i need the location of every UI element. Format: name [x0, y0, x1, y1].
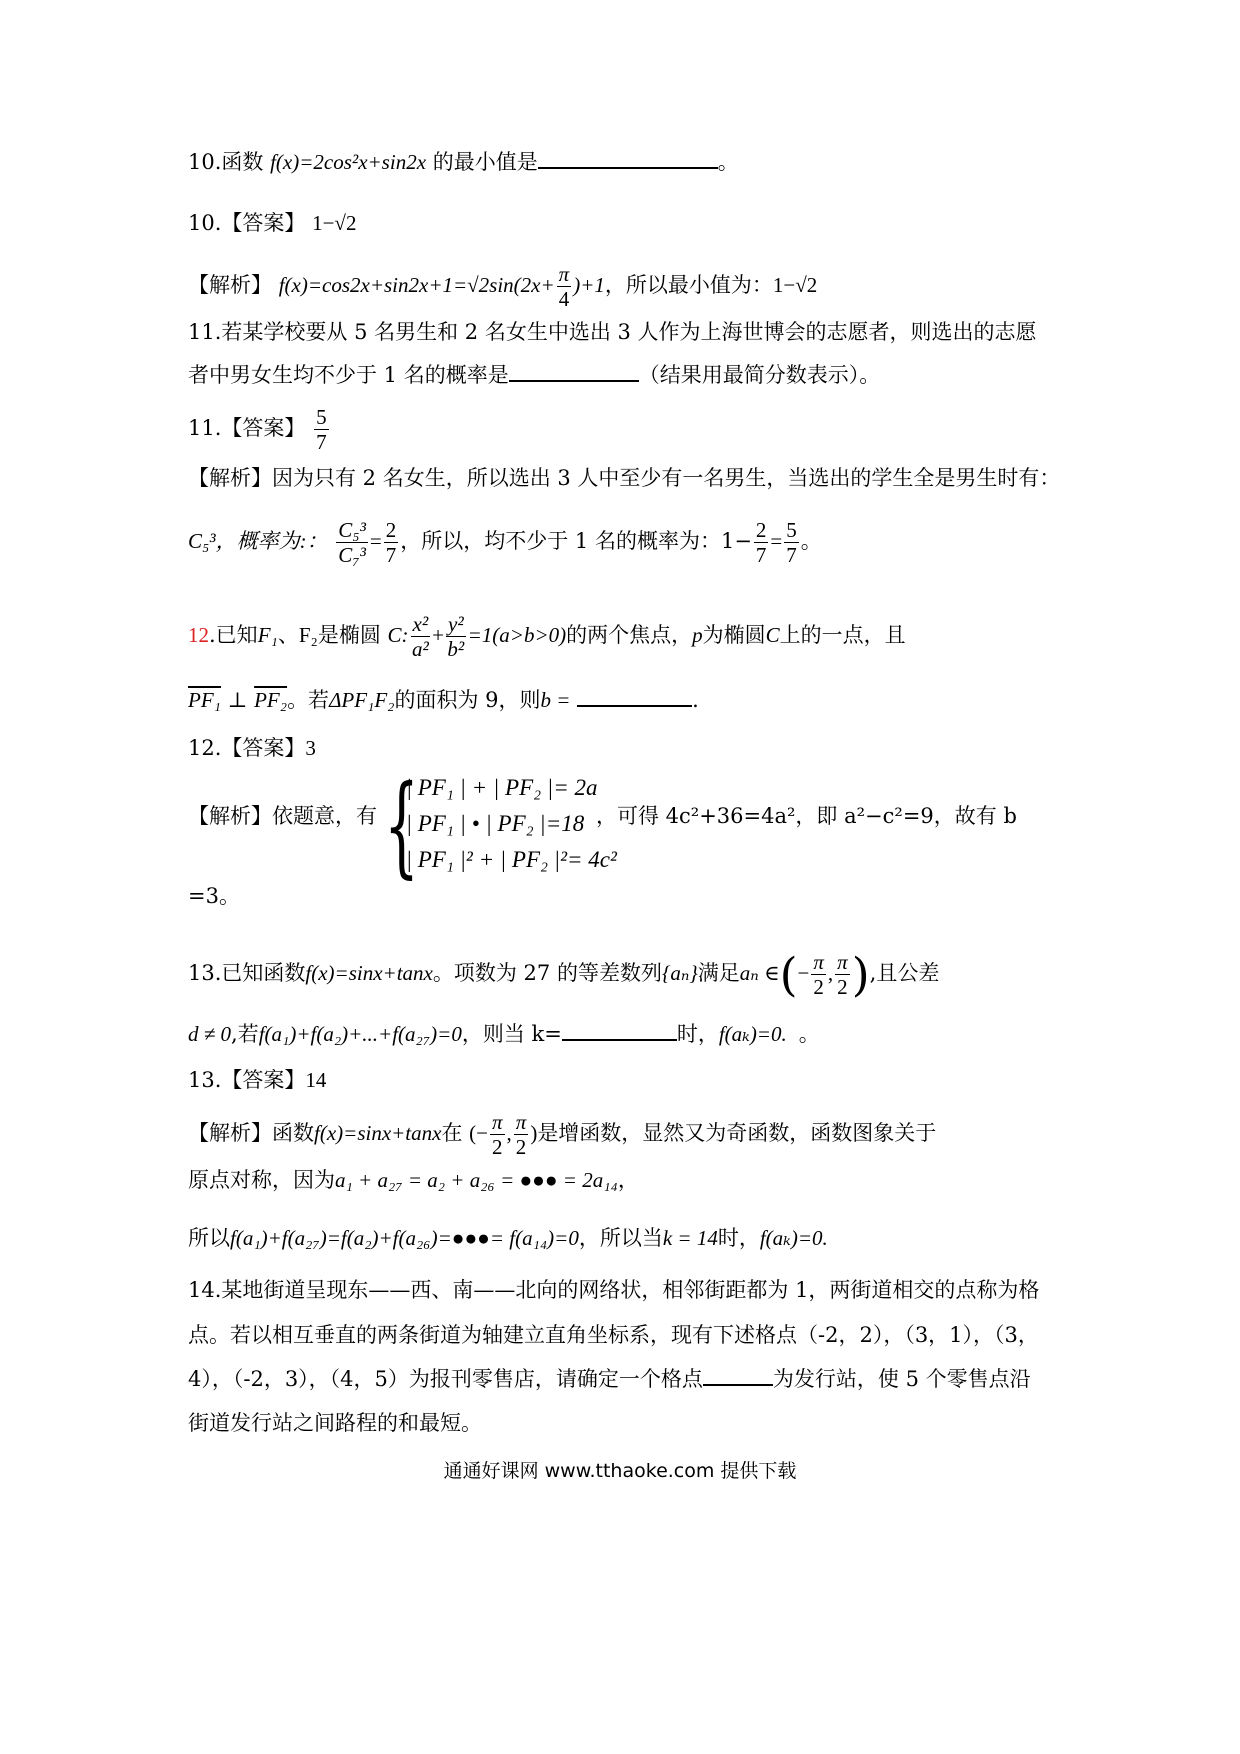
q13-a-two1: 2 [490, 1135, 505, 1159]
q12-ellipse-rhs: =1(a>b>0) [468, 623, 567, 647]
q13-line2-b: ,若 [231, 1022, 259, 1046]
q11-answer-label: 11.【答案】 [188, 416, 305, 440]
q10-pi: π [557, 262, 572, 287]
q13-analysis-line3-a: 所以 [188, 1226, 230, 1250]
q12-analysis-label: 【解析】依题意，有 [188, 804, 377, 828]
q11-answer-den: 7 [314, 430, 329, 454]
q11-frac3: 27 [754, 518, 769, 567]
q11-frac2-den: 7 [384, 543, 399, 567]
q13-analysis-line3-c: 时， [718, 1226, 760, 1250]
q12-line2-end: . [692, 688, 699, 712]
q10-analysis-formula-a: f(x)=cos2x+sin2x+1=√2sin(2x+ [279, 273, 555, 297]
q13-seq: {aₙ} [662, 961, 698, 985]
q10-stem: 10.函数 f(x)=2cos²x+sin2x 的最小值是。 [188, 152, 739, 173]
q13-sum: f(a₁)+f(a₂)+...+f(a₂₇)=0 [259, 1022, 462, 1046]
q10-stem-end: 。 [718, 150, 739, 174]
q11-answer-num: 5 [314, 405, 329, 430]
q11-frac1-den: C₇³ [336, 543, 368, 567]
q13-analysis-line3-d: f(aₖ)=0. [760, 1226, 828, 1250]
q11-frac-c53-c73: C₅³C₇³ [336, 518, 368, 567]
q12-vector-pf2: PF₂ [254, 688, 287, 712]
q10-analysis: 【解析】 f(x)=cos2x+sin2x+1=√2sin(2x+π4)+1，所… [188, 262, 817, 311]
q11-stem-line2-a: 者中男女生均不少于 1 名的概率是 [188, 363, 509, 387]
q11-answer-blank[interactable] [509, 379, 639, 382]
q12-line2-a: 。若 [287, 688, 329, 712]
q12-perp: ⊥ [228, 688, 248, 712]
q12-analysis-end: =3。 [188, 886, 240, 907]
q12-b2: b² [446, 637, 466, 661]
q11-analysis-line2-b: ，所以，均不少于 1 名的概率为：1− [400, 529, 752, 553]
q12-answer: 12.【答案】3 [188, 738, 316, 759]
q12-a2: a² [411, 637, 431, 661]
q12-stem-b: 是椭圆 [318, 623, 381, 647]
q11-frac4-num: 5 [784, 518, 799, 543]
q13-analysis-neg-pi-over-2: π2 [490, 1110, 505, 1159]
q13-stem-c: 满足 [698, 961, 740, 985]
q14-line2: 点。若以相互垂直的两条街道为轴建立直角坐标系，现有下述格点（-2，2），（3，1… [188, 1325, 1039, 1346]
q13-analysis-line2-a: 原点对称，因为 [188, 1168, 335, 1192]
q14-line4: 街道发行站之间路程的和最短。 [188, 1413, 482, 1434]
q11-frac4: 57 [784, 518, 799, 567]
q13-analysis-line3-eq: f(a₁)+f(a₂₇)=f(a₂)+f(a₂₆)=●●●= f(a₁₄)=0 [230, 1226, 579, 1250]
q11-stem-line1: 11.若某学校要从 5 名男生和 2 名女生中选出 3 人作为上海世博会的志愿者… [188, 322, 1037, 343]
q13-pi-over-2: π2 [835, 950, 850, 999]
q13-fak: f(aₖ)=0. [719, 1022, 787, 1046]
q10-answer: 10.【答案】 1−√2 [188, 213, 356, 234]
q10-answer-value: 1−√2 [312, 211, 356, 235]
q11-frac1-num: C₅³ [336, 518, 368, 543]
q13-d-ne-0: d ≠ 0 [188, 1022, 231, 1046]
q11-eq2: = [770, 529, 782, 553]
q12-system-eq2: | PF₁ | • | PF₂ |=18 [406, 806, 617, 842]
q13-analysis-pi-over-2: π2 [514, 1110, 529, 1159]
q12-system-eq3: | PF₁ |² + | PF₂ |²= 4c² [406, 842, 617, 878]
q13-an: aₙ ∈ [740, 961, 780, 985]
q10-analysis-result: 1−√2 [773, 273, 817, 297]
page-footer: 通通好课网 www.tthaoke.com 提供下载 [0, 1456, 1240, 1483]
left-brace-icon: { [384, 770, 419, 880]
q11-frac-2-7: 27 [384, 518, 399, 567]
q13-two1: 2 [811, 975, 826, 999]
q10-answer-label: 10.【答案】 [188, 211, 305, 235]
q14-line3-b: 为发行站，使 5 个零售点沿 [773, 1367, 1031, 1391]
q12-frac-y2-b2: y²b² [446, 612, 466, 661]
q13-two2: 2 [835, 975, 850, 999]
q13-answer: 13.【答案】14 [188, 1070, 326, 1091]
q13-func: f(x)=sinx+tanx [305, 961, 432, 985]
q11-answer: 11.【答案】 57 [188, 405, 331, 454]
q12-y2: y² [446, 612, 466, 637]
q10-answer-blank[interactable] [538, 166, 718, 169]
q10-stem-prefix: 10.函数 [188, 150, 263, 174]
q12-stem-a: .已知 [209, 623, 258, 647]
q13-analysis-a: 【解析】函数 [188, 1121, 314, 1145]
q11-analysis-line1: 【解析】因为只有 2 名女生，所以选出 3 人中至少有一名男生，当选出的学生全是… [188, 468, 1060, 489]
q11-frac2-num: 2 [384, 518, 399, 543]
q13-analysis-line3: 所以f(a₁)+f(a₂₇)=f(a₂)+f(a₂₆)=●●●= f(a₁₄)=… [188, 1228, 828, 1249]
q11-analysis-line2-a: C₅³，概率为:： [188, 529, 328, 553]
q13-analysis-b: 在 [441, 1121, 462, 1145]
q13-neg-pi-over-2: π2 [811, 950, 826, 999]
q13-analysis-line1: 【解析】函数f(x)=sinx+tanx在 (−π2,π2)是增函数，显然又为奇… [188, 1110, 936, 1159]
q13-answer-value: 14 [305, 1068, 326, 1092]
q12-answer-label: 12.【答案】 [188, 736, 305, 760]
q10-formula: f(x)=2cos²x+sin2x [270, 150, 426, 174]
q12-stem-line1: 12.已知F₁、F₂是椭圆 C:x²a²+y²b²=1(a>b>0)的两个焦点，… [188, 612, 906, 661]
q10-analysis-text: ，所以最小值为： [605, 273, 773, 297]
q13-analysis-func: f(x)=sinx+tanx [314, 1121, 441, 1145]
q12-analysis: 【解析】依题意，有 { | PF₁ | + | PF₂ |= 2a | PF₁ … [188, 770, 617, 878]
q13-answer-blank[interactable] [562, 1038, 677, 1041]
q13-a-pi1: π [490, 1110, 505, 1135]
q12-ellipse-c: C: [388, 623, 409, 647]
q14-line3: 4），（-2，3），（4，5）为报刊零售店，请确定一个格点为发行站，使 5 个零… [188, 1369, 1031, 1390]
q13-stem-a: 13.已知函数 [188, 961, 305, 985]
q13-a-pi2: π [514, 1110, 529, 1135]
q13-analysis-line2-end: ， [618, 1168, 639, 1192]
q12-vector-pf1: PF₁ [188, 688, 221, 712]
q12-answer-value: 3 [305, 736, 316, 760]
q13-line2-d: 时， [677, 1022, 719, 1046]
q13-analysis-line2-eq: a₁ + a₂₇ = a₂ + a₂₆ = ●●● = 2a₁₄ [335, 1168, 618, 1192]
q10-analysis-label: 【解析】 [188, 273, 272, 297]
q11-frac3-num: 2 [754, 518, 769, 543]
q11-stem-line2: 者中男女生均不少于 1 名的概率是（结果用最简分数表示）。 [188, 365, 880, 386]
q13-line2-c: ，则当 k= [462, 1022, 562, 1046]
q13-stem-d: ,且公差 [870, 961, 940, 985]
q11-analysis-line2: C₅³，概率为:： C₅³C₇³=27，所以，均不少于 1 名的概率为：1−27… [188, 518, 822, 567]
q14-line1: 14.某地街道呈现东——西、南——北向的网络状，相邻街距都为 1，两街道相交的点… [188, 1280, 1039, 1301]
q12-f1: F₁ [258, 623, 278, 647]
q12-x2: x² [411, 612, 431, 637]
q12-line2-b: 的面积为 9，则 [394, 688, 540, 712]
q13-stem-line2: d ≠ 0,若f(a₁)+f(a₂)+...+f(a₂₇)=0，则当 k=时，f… [188, 1024, 820, 1045]
q13-a-two2: 2 [514, 1135, 529, 1159]
q11-frac4-den: 7 [784, 543, 799, 567]
q13-analysis-line2: 原点对称，因为a₁ + a₂₇ = a₂ + a₂₆ = ●●● = 2a₁₄， [188, 1170, 639, 1191]
q12-stem-d: 为椭圆 [703, 623, 766, 647]
q11-analysis-line2-end: 。 [801, 529, 822, 553]
q10-stem-suffix: 的最小值是 [433, 150, 538, 174]
q13-stem-b: 。项数为 27 的等差数列 [433, 961, 662, 985]
q13-analysis-c: 是增函数，显然又为奇函数，函数图象关于 [537, 1121, 936, 1145]
q12-analysis-tail: ，可得 4c²+36=4a²，即 a²−c²=9，故有 b [596, 806, 1017, 827]
q12-stem-line2: PF₁ ⊥ PF₂。若ΔPF₁F₂的面积为 9，则b = . [188, 690, 699, 711]
q12-system-eq1: | PF₁ | + | PF₂ |= 2a [406, 770, 617, 806]
q13-pi1: π [811, 950, 826, 975]
q13-analysis-k: k = 14 [663, 1226, 718, 1250]
q12-number: 12 [188, 623, 209, 647]
q12-frac-x2-a2: x²a² [411, 612, 431, 661]
q12-b-var: b = [541, 688, 571, 712]
q12-system: { | PF₁ | + | PF₂ |= 2a | PF₁ | • | PF₂ … [384, 770, 617, 878]
q13-analysis-line3-b: ，所以当 [579, 1226, 663, 1250]
q13-answer-label: 13.【答案】 [188, 1068, 305, 1092]
q10-analysis-formula-b: )+1 [573, 273, 605, 297]
q11-answer-fraction: 57 [314, 405, 329, 454]
q12-answer-blank[interactable] [577, 704, 692, 707]
q10-analysis-pi-over-4: π4 [557, 262, 572, 311]
q14-line3-a: 4），（-2，3），（4，5）为报刊零售店，请确定一个格点 [188, 1367, 703, 1391]
q11-stem-line2-b: （结果用最简分数表示）。 [639, 363, 881, 387]
q12-stem-e: 上的一点，且 [780, 623, 906, 647]
q14-answer-blank[interactable] [703, 1383, 773, 1386]
q13-pi2: π [835, 950, 850, 975]
q12-p: p [692, 623, 703, 647]
q10-four: 4 [557, 287, 572, 311]
q13-stem-line1: 13.已知函数f(x)=sinx+tanx。项数为 27 的等差数列{aₙ}满足… [188, 950, 939, 999]
q11-frac3-den: 7 [754, 543, 769, 567]
q11-eq: = [370, 529, 382, 553]
q12-triangle: ΔPF₁F₂ [329, 688, 394, 712]
q13-line2-end: 。 [799, 1022, 820, 1046]
q12-f2: 、F₂ [278, 623, 318, 647]
q12-c: C [766, 623, 780, 647]
q12-stem-c: 的两个焦点， [566, 623, 692, 647]
